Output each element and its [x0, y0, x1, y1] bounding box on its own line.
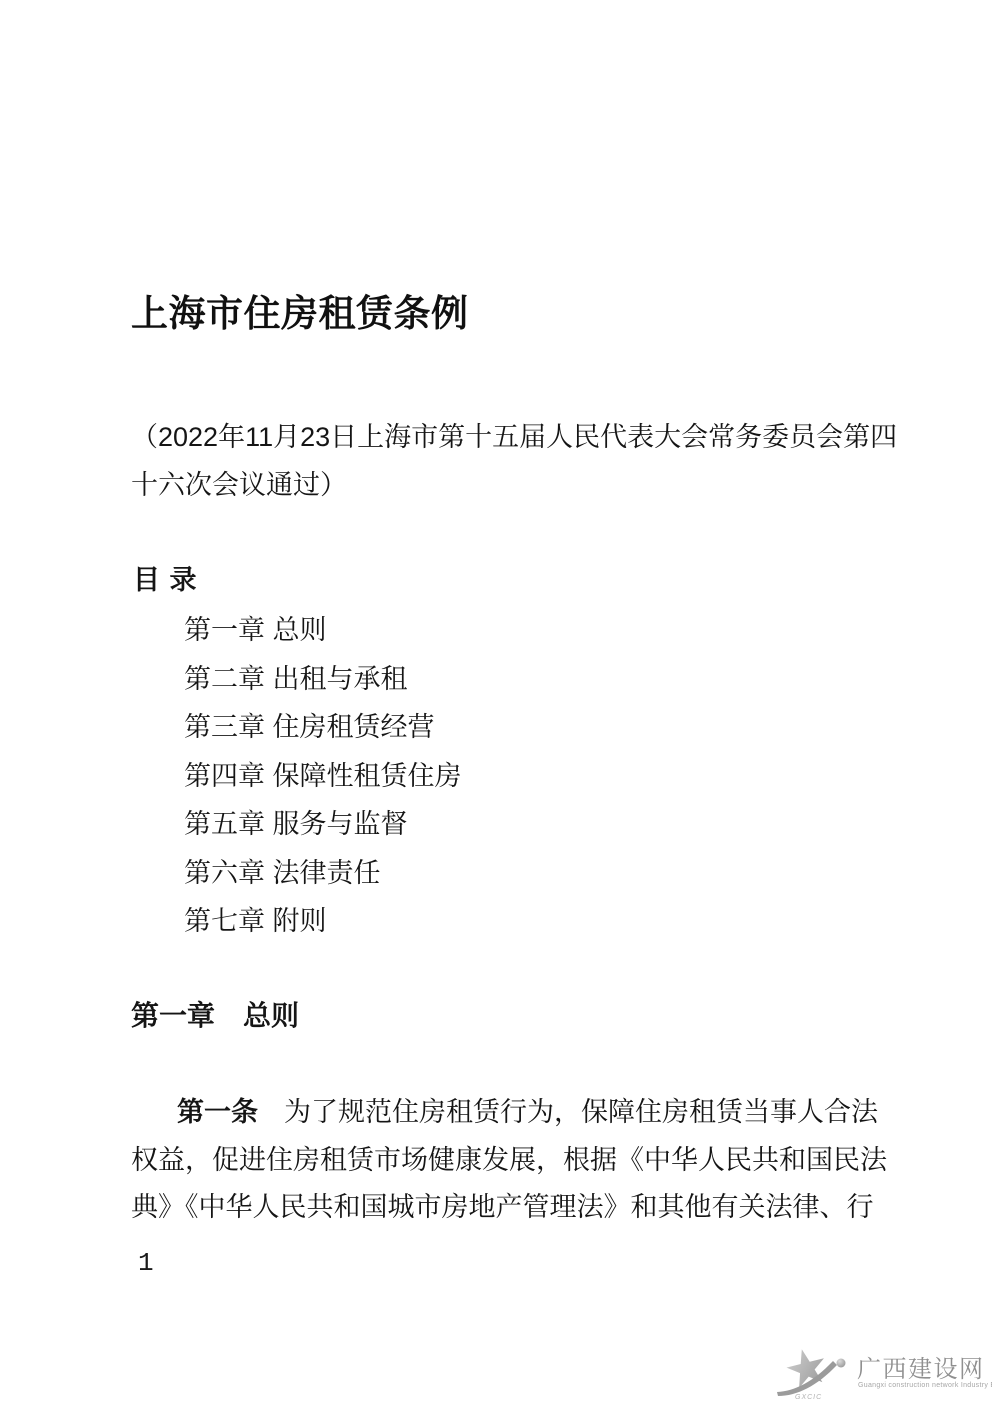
- enactment-note-line: （2022年11月23日上海市第十五届人民代表大会常务委员会第四: [131, 414, 911, 462]
- watermark-tagline: Guangxi construction network Industry Ed…: [858, 1382, 992, 1389]
- table-of-contents: 第一章 总则 第二章 出租与承租 第三章 住房租赁经营 第四章 保障性租赁住房 …: [184, 606, 462, 946]
- article-1-line: 第一条为了规范住房租赁行为，保障住房租赁当事人合法: [131, 1089, 911, 1137]
- logo-small-text: GXCIC: [795, 1394, 822, 1401]
- toc-item-chapter-5: 第五章 服务与监督: [184, 800, 462, 849]
- toc-item-chapter-7: 第七章 附则: [184, 897, 462, 946]
- enactment-note: （2022年11月23日上海市第十五届人民代表大会常务委员会第四 十六次会议通过…: [131, 414, 911, 509]
- toc-item-chapter-6: 第六章 法律责任: [184, 849, 462, 898]
- toc-item-chapter-1: 第一章 总则: [184, 606, 462, 655]
- article-1-line: 权益，促进住房租赁市场健康发展，根据《中华人民共和国民法: [131, 1137, 911, 1185]
- enactment-note-line: 十六次会议通过）: [131, 462, 911, 510]
- page-number: 1: [138, 1248, 154, 1278]
- toc-item-chapter-4: 第四章 保障性租赁住房: [184, 752, 462, 801]
- watermark-site-name: 广西建设网: [857, 1349, 985, 1384]
- star-logo-icon: GXCIC: [775, 1344, 855, 1402]
- chapter-1-heading: 第一章 总则: [131, 992, 299, 1040]
- article-1-label: 第一条: [177, 1097, 258, 1127]
- toc-heading: 目 录: [133, 556, 198, 604]
- article-1-text: 为了规范住房租赁行为，保障住房租赁当事人合法: [284, 1097, 878, 1127]
- toc-item-chapter-3: 第三章 住房租赁经营: [184, 703, 462, 752]
- site-watermark: GXCIC 广西建设网 Guangxi construction network…: [775, 1344, 992, 1403]
- article-1-line: 典》《中华人民共和国城市房地产管理法》和其他有关法律、行: [131, 1184, 911, 1232]
- document-title: 上海市住房租赁条例: [131, 291, 469, 337]
- toc-item-chapter-2: 第二章 出租与承租: [184, 655, 462, 704]
- document-page: 上海市住房租赁条例 （2022年11月23日上海市第十五届人民代表大会常务委员会…: [0, 0, 992, 1403]
- article-1-paragraph: 第一条为了规范住房租赁行为，保障住房租赁当事人合法 权益，促进住房租赁市场健康发…: [131, 1089, 911, 1232]
